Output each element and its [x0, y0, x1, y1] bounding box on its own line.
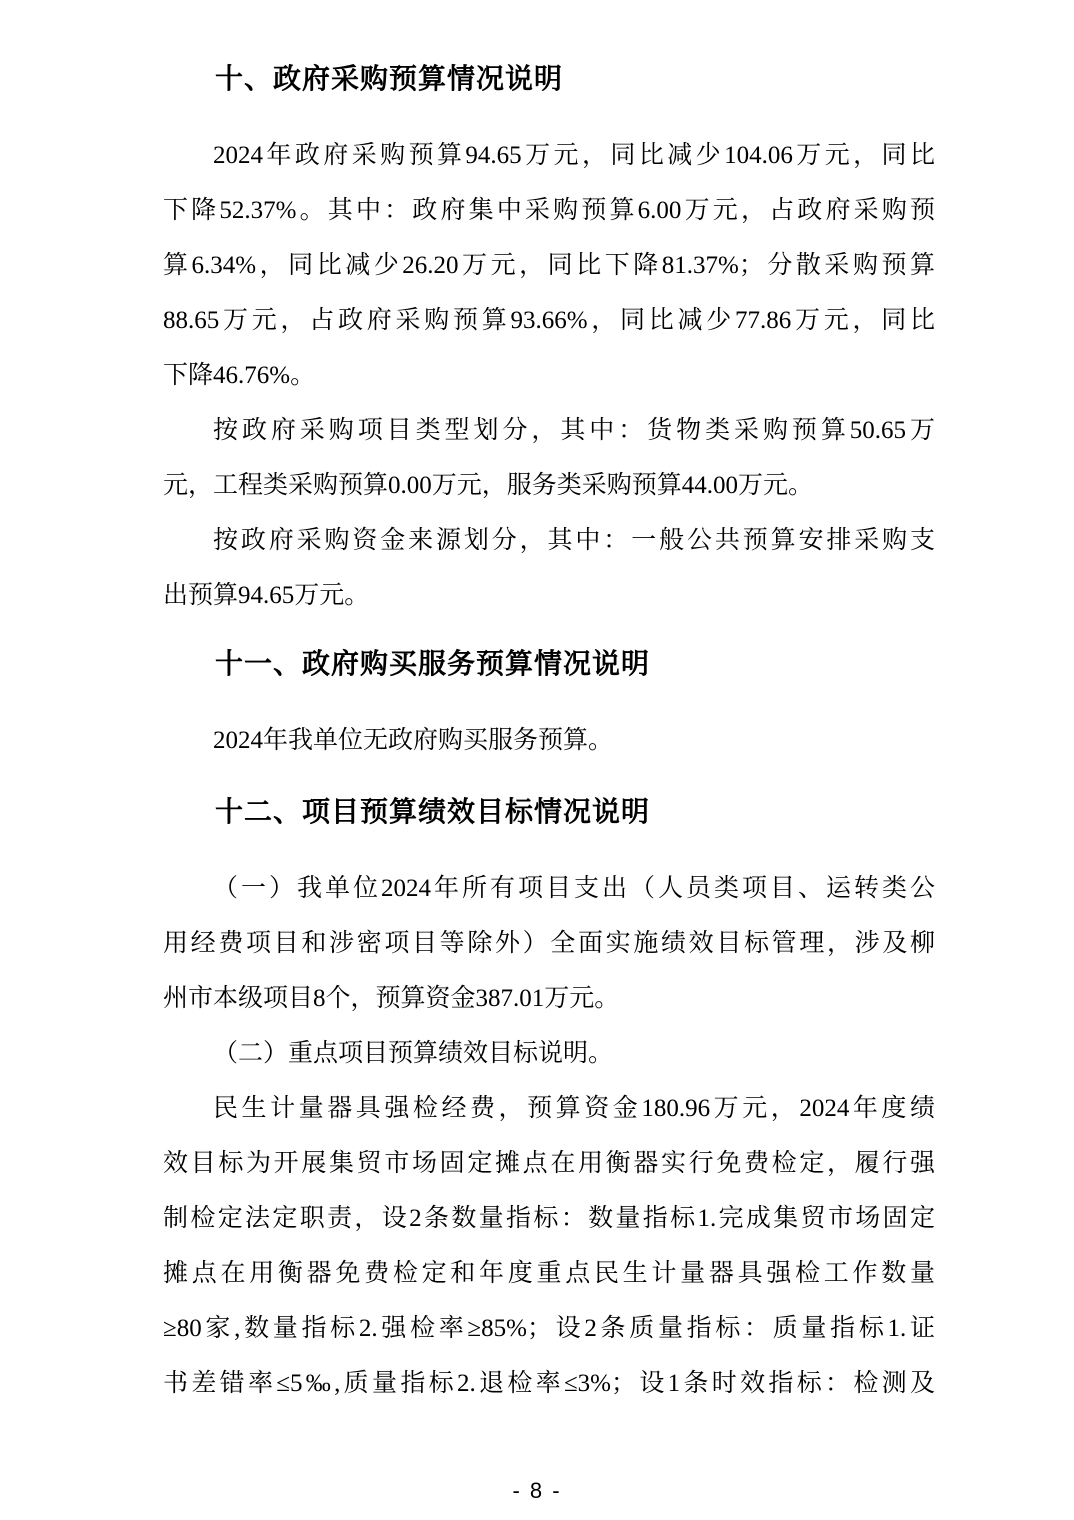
text-line: 书差错率≤5‰,质量指标2.退检率≤3%；设1条时效指标：检测及: [163, 1356, 935, 1411]
text-line: 效目标为开展集贸市场固定摊点在用衡器实行免费检定，履行强: [163, 1136, 935, 1191]
section-heading-gov-procurement-budget: 十、政府采购预算情况说明: [215, 64, 935, 94]
page-content: 十、政府采购预算情况说明 2024年政府采购预算94.65万元，同比减少104.…: [163, 0, 935, 1411]
paragraph-procurement-by-fund-source: 按政府采购资金来源划分，其中：一般公共预算安排采购支出预算94.65万元。: [163, 513, 935, 623]
text-line: 民生计量器具强检经费，预算资金180.96万元，2024年度绩: [163, 1081, 935, 1136]
text-line: （一）我单位2024年所有项目支出（人员类项目、运转类公: [163, 861, 935, 916]
text-line: 按政府采购资金来源划分，其中：一般公共预算安排采购支: [163, 513, 935, 568]
text-line: 下降52.37%。其中：政府集中采购预算6.00万元，占政府采购预: [163, 183, 935, 238]
paragraph-key-project-targets-intro: （二）重点项目预算绩效目标说明。: [163, 1026, 935, 1081]
paragraph-no-purchased-services: 2024年我单位无政府购买服务预算。: [163, 713, 935, 768]
page-number: - 8 -: [0, 1478, 1074, 1504]
text-line: （二）重点项目预算绩效目标说明。: [163, 1026, 935, 1081]
text-line: 出预算94.65万元。: [163, 568, 935, 623]
text-line: 算6.34%，同比减少26.20万元，同比下降81.37%；分散采购预算: [163, 238, 935, 293]
paragraph-metrology-inspection-funding: 民生计量器具强检经费，预算资金180.96万元，2024年度绩效目标为开展集贸市…: [163, 1081, 935, 1411]
text-line: 摊点在用衡器免费检定和年度重点民生计量器具强检工作数量: [163, 1246, 935, 1301]
document-page: 十、政府采购预算情况说明 2024年政府采购预算94.65万元，同比减少104.…: [0, 0, 1074, 1520]
text-line: 元，工程类采购预算0.00万元，服务类采购预算44.00万元。: [163, 458, 935, 513]
paragraph-procurement-overview: 2024年政府采购预算94.65万元，同比减少104.06万元，同比下降52.3…: [163, 128, 935, 403]
text-line: 制检定法定职责，设2条数量指标：数量指标1.完成集贸市场固定: [163, 1191, 935, 1246]
text-line: ≥80家,数量指标2.强检率≥85%；设2条质量指标：质量指标1.证: [163, 1301, 935, 1356]
text-line: 按政府采购项目类型划分，其中：货物类采购预算50.65万: [163, 403, 935, 458]
text-line: 2024年政府采购预算94.65万元，同比减少104.06万元，同比: [163, 128, 935, 183]
text-line: 2024年我单位无政府购买服务预算。: [163, 713, 935, 768]
section-heading-project-performance-targets: 十二、项目预算绩效目标情况说明: [215, 797, 935, 827]
paragraph-performance-target-scope: （一）我单位2024年所有项目支出（人员类项目、运转类公用经费项目和涉密项目等除…: [163, 861, 935, 1026]
text-line: 用经费项目和涉密项目等除外）全面实施绩效目标管理，涉及柳: [163, 916, 935, 971]
text-line: 下降46.76%。: [163, 348, 935, 403]
section-heading-gov-purchased-services-budget: 十一、政府购买服务预算情况说明: [215, 649, 935, 679]
text-line: 88.65万元，占政府采购预算93.66%，同比减少77.86万元，同比: [163, 293, 935, 348]
text-line: 州市本级项目8个，预算资金387.01万元。: [163, 971, 935, 1026]
paragraph-procurement-by-project-type: 按政府采购项目类型划分，其中：货物类采购预算50.65万元，工程类采购预算0.0…: [163, 403, 935, 513]
